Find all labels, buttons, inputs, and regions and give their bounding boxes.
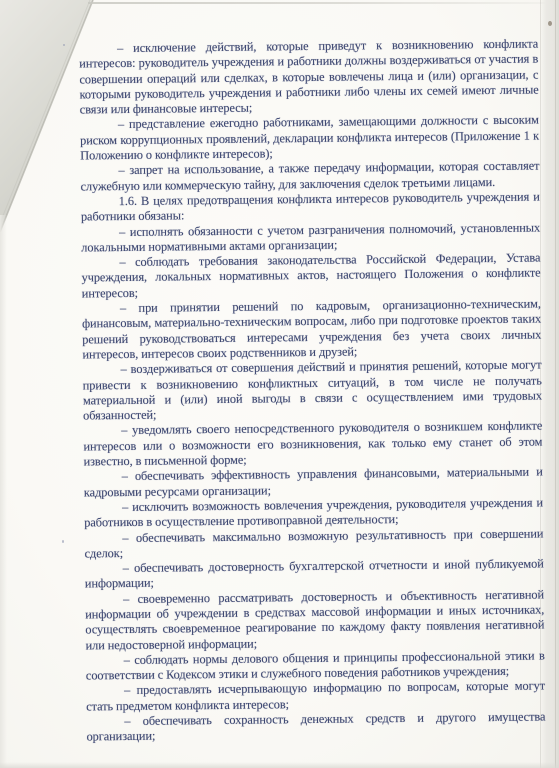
paper-top-edge: [88, 2, 559, 4]
paragraph-duty-deal-results: – обеспечивать максимально возможную рез…: [84, 526, 543, 562]
scan-speck: [63, 44, 65, 46]
document-body: – исключение действий, которые приведут …: [79, 37, 546, 746]
scanned-page: – исключение действий, которые приведут …: [0, 0, 559, 768]
paragraph-duty-legislation: – соблюдать требования законодательства …: [81, 251, 540, 302]
paragraph-duty-ethics: – соблюдать нормы делового общения и при…: [86, 648, 545, 684]
paragraph-exclusion-of-actions: – исключение действий, которые приведут …: [79, 37, 539, 118]
paragraph-duty-media-review: – своевременно рассматривать достовернос…: [85, 587, 545, 653]
paragraph-section-1-6: 1.6. В целях предотвращения конфликта ин…: [81, 189, 540, 225]
paragraph-duty-exclude-illegal: – исключить возможность вовлечения учреж…: [84, 495, 543, 531]
paragraph-duty-decisions: – при принятии решений по кадровым, орга…: [82, 297, 542, 363]
scan-speck: [62, 540, 64, 543]
paragraph-duty-efficiency: – обеспечивать эффективность управления …: [84, 465, 543, 501]
paper-left-edge: [0, 215, 7, 768]
paragraph-duty-authority: – исполнять обязанности с учетом разгран…: [81, 220, 540, 256]
paragraph-duty-full-information: – предоставлять исчерпывающую информацию…: [86, 679, 545, 715]
paragraph-information-ban: – запрет на использование, а также перед…: [80, 159, 539, 195]
paragraph-duty-refrain: – воздерживаться от совершения действий …: [82, 358, 542, 424]
scan-speck: [548, 21, 552, 26]
paragraph-duty-accounting: – обеспечивать достоверность бухгалтерск…: [85, 557, 544, 593]
paragraph-annual-declaration: – представление ежегодно работниками, за…: [80, 113, 539, 164]
paragraph-duty-safekeeping: – обеспечивать сохранность денежных сред…: [86, 710, 545, 746]
paper-bottom-edge: [0, 762, 559, 768]
paragraph-duty-notify: – уведомлять своего непосредственного ру…: [83, 419, 542, 470]
